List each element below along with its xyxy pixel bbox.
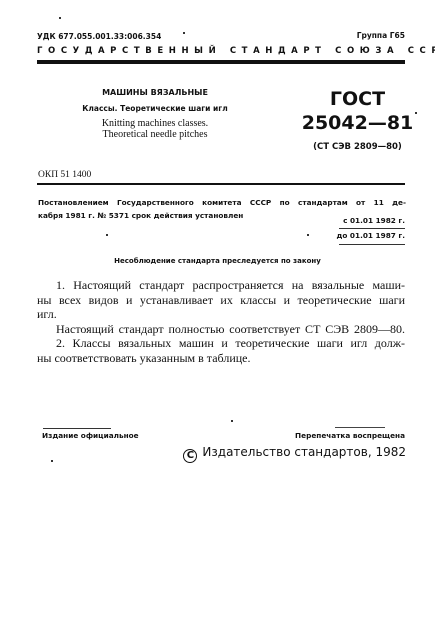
paragraph-2-line-2: ны соответствовать указанным в таблице. [37, 351, 405, 366]
valid-from-rule [339, 228, 405, 229]
reprint-rule [335, 427, 385, 428]
edition-rule [43, 428, 111, 429]
decree-line-1: Постановлением Государственного комитета… [38, 198, 406, 207]
paragraph-2-line-1: 2. Классы вязальных машин и теоретически… [56, 336, 405, 351]
title-ru-sub: Классы. Теоретические шаги игл [0, 104, 310, 113]
paragraph-1-line-2: ны всех видов и устанавливает их классы … [37, 293, 405, 308]
valid-from-date: с 01.01 1982 г. [343, 216, 405, 225]
title-en-line2: Theoretical needle pitches [0, 129, 310, 140]
copyright-icon: C [183, 449, 197, 463]
valid-to-date: до 01.01 1987 г. [336, 231, 405, 240]
gost-number: 25042—81 [295, 112, 420, 134]
okp-rule [37, 183, 405, 185]
scan-speck [106, 234, 108, 236]
state-standard-heading: ГОСУДАРСТВЕННЫЙ СТАНДАРТ СОЮЗА ССР [37, 46, 435, 56]
decree-line-2: кабря 1981 г. № 5371 срок действия устан… [38, 211, 243, 220]
title-ru-main: МАШИНЫ ВЯЗАЛЬНЫЕ [0, 88, 310, 97]
official-edition-label: Издание официальное [42, 431, 139, 440]
scan-speck [59, 17, 61, 19]
gost-label: ГОСТ [300, 88, 415, 110]
scan-speck [231, 420, 233, 422]
scan-speck [51, 460, 53, 462]
reprint-prohibited-label: Перепечатка воспрещена [295, 431, 405, 440]
udk-code: УДК 677.055.001.33:006.354 [37, 32, 161, 41]
law-notice: Несоблюдение стандарта преследуется по з… [0, 257, 435, 265]
sev-reference: (СТ СЭВ 2809—80) [290, 142, 425, 152]
scan-speck [415, 112, 417, 114]
copyright-text: Издательство стандартов, 1982 [202, 445, 406, 459]
paragraph-conformity: Настоящий стандарт полностью соответству… [56, 322, 405, 337]
valid-to-rule [339, 244, 405, 245]
scan-speck [307, 234, 309, 236]
okp-code: ОКП 51 1400 [38, 170, 91, 180]
header-rule [37, 60, 405, 64]
title-en-line1: Knitting machines classes. [0, 118, 310, 129]
scan-speck [183, 32, 185, 34]
paragraph-1-line-3: игл. [37, 307, 405, 322]
paragraph-1-line-1: 1. Настоящий стандарт распространяется н… [56, 278, 405, 293]
copyright-line: CИздательство стандартов, 1982 [183, 445, 406, 463]
group-code: Группа Г65 [357, 31, 405, 40]
